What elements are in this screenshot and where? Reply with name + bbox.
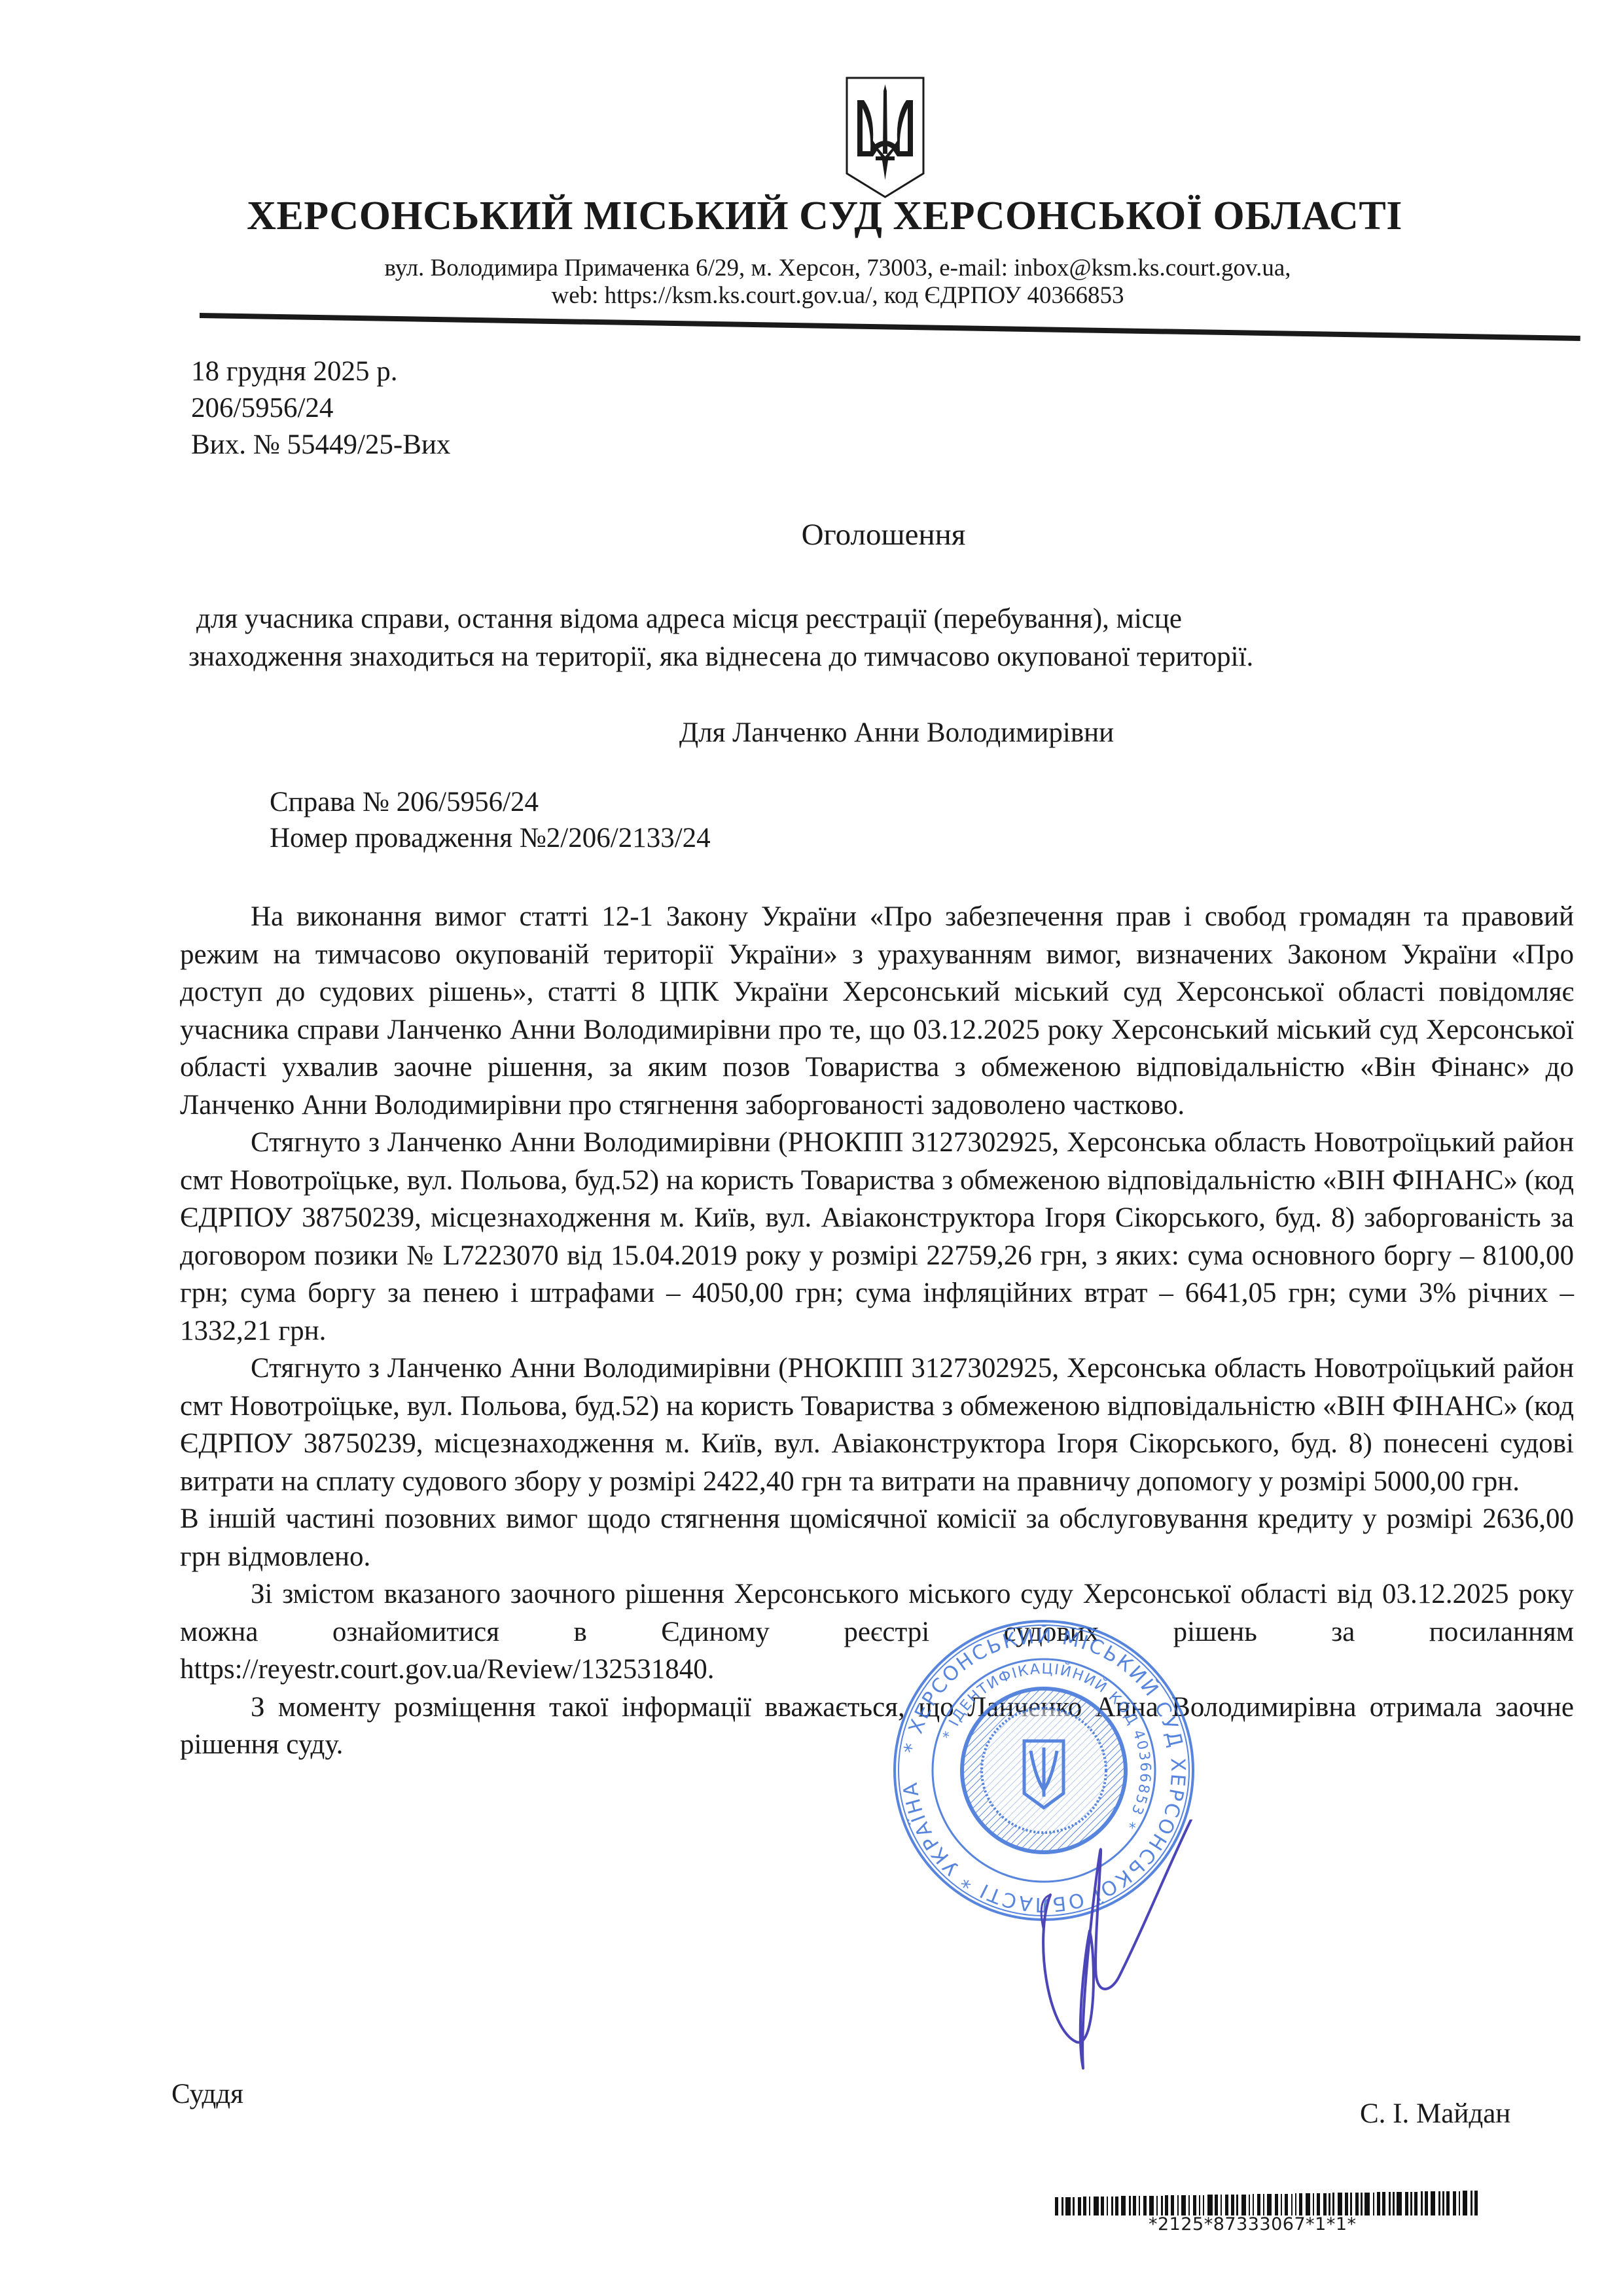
barcode-bar [1291,2194,1293,2216]
court-announcement-page: ХЕРСОНСЬКИЙ МІСЬКИЙ СУД ХЕРСОНСЬКОЇ ОБЛА… [0,0,1623,2296]
body-paragraph: В іншій частині позовних вимог щодо стяг… [180,1500,1574,1575]
recipient: Для Ланченко Анни Володимирівни [85,717,1623,749]
barcode-bar [1397,2192,1402,2215]
intro-line-1: для учасника справи, остання відома адре… [188,600,1452,638]
barcode-bar [1414,2192,1418,2215]
body-paragraph: Стягнуто з Ланченко Анни Володимирівни (… [180,1124,1574,1350]
barcode-bar [1121,2196,1126,2215]
barcode-bar [1129,2196,1131,2215]
case-reference: 206/5956/24 [191,390,450,427]
barcode-bar [1373,2193,1375,2215]
barcode-bar [1361,2193,1363,2215]
barcode-bar [1317,2193,1320,2215]
judge-title: Суддя [171,2078,243,2110]
barcode-bar [1281,2194,1283,2215]
barcode-bar [1231,2195,1234,2215]
barcode-bar [1171,2195,1174,2215]
barcode-bar [1405,2192,1408,2215]
judge-signature [936,1820,1276,2160]
barcode-bar [1156,2196,1158,2215]
barcode-bar [1425,2191,1428,2215]
barcode-bar [1236,2195,1238,2215]
barcode-bar [1299,2193,1302,2215]
body-paragraph: На виконання вимог статті 12-1 Закону Ук… [180,898,1574,1124]
barcode-bar [1181,2195,1186,2215]
barcode-bar [1133,2196,1136,2215]
body-paragraph: Стягнуто з Ланченко Анни Володимирівни (… [180,1350,1574,1500]
barcode-bar [1463,2191,1468,2215]
barcode-bar [1083,2197,1086,2215]
document-date: 18 грудня 2025 р. [191,353,450,390]
barcode-bar [1410,2192,1412,2215]
court-address: вул. Володимира Примаченка 6/29, м. Херс… [26,254,1623,282]
barcode-bar [1165,2195,1168,2215]
barcode-bar [1474,2191,1478,2215]
barcode-bar [1257,2194,1260,2215]
barcode-bar [1393,2192,1395,2215]
barcode-bar [1055,2197,1058,2215]
barcode-bar [1225,2195,1228,2215]
barcode-bar [1295,2193,1297,2215]
barcode-bar [1446,2191,1450,2215]
barcode-bar [1199,2195,1201,2215]
body-paragraph-link: Зі змістом вказаного заочного рішення Хе… [180,1575,1574,1689]
barcode-bar [1275,2194,1278,2215]
judge-name: С. І. Майдан [1360,2098,1510,2130]
barcode-bar [1139,2196,1141,2215]
barcode-bar [1323,2193,1327,2215]
barcode-bar [1073,2197,1075,2215]
barcode-bar [1215,2195,1218,2215]
barcode-bar [1382,2192,1385,2215]
barcode-bar [1101,2197,1104,2215]
barcode-bar [1306,2193,1311,2215]
barcode-bar [1421,2191,1423,2215]
barcode-bar [1078,2197,1081,2216]
barcode-bar [1188,2195,1190,2215]
barcode-bar [1203,2195,1205,2215]
barcode-bar [1089,2197,1091,2215]
barcode-bar [1241,2195,1247,2215]
barcode-bar [1143,2196,1147,2215]
barcode-bar [1431,2191,1436,2215]
case-number: Справа № 206/5956/24 [270,784,711,820]
barcode-text: *2125*87333067*1*1* [1149,2214,1357,2234]
barcode-bar [1094,2197,1099,2215]
outgoing-number: Вих. № 55449/25-Вих [191,427,450,463]
barcode-bar [1065,2197,1071,2215]
barcode-bar [1207,2195,1213,2215]
barcode-bar [1161,2196,1163,2215]
intro-text: для учасника справи, остання відома адре… [188,600,1452,676]
barcode-bar [1389,2192,1391,2215]
barcode-bar [1345,2193,1348,2215]
document-meta: 18 грудня 2025 р. 206/5956/24 Вих. № 554… [191,353,450,463]
intro-line-2: знаходження знаходиться на території, як… [188,638,1452,676]
barcode-bar [1313,2193,1315,2215]
barcode-bar [1350,2193,1352,2215]
barcode-bar [1332,2193,1334,2215]
barcode-bar [1111,2197,1113,2215]
barcode-bar [1253,2194,1255,2215]
document-title: Оголошення [72,517,1623,552]
court-name: ХЕРСОНСЬКИЙ МІСЬКИЙ СУД ХЕРСОНСЬКОЇ ОБЛА… [13,193,1623,240]
barcode-bar [1364,2193,1370,2215]
case-info: Справа № 206/5956/24 Номер провадження №… [270,784,711,856]
barcode-bar [1107,2197,1109,2215]
announcement-body: На виконання вимог статті 12-1 Закону Ук… [180,898,1574,1764]
barcode-bar [1221,2195,1222,2215]
barcode-bar [1285,2194,1288,2215]
proceeding-number: Номер провадження №2/206/2133/24 [270,820,711,856]
barcode-bar [1149,2196,1154,2215]
court-web-and-code: web: https://ksm.ks.court.gov.ua/, код Є… [26,281,1623,310]
barcode-bar [1061,2197,1063,2215]
barcode-bar [1471,2191,1472,2215]
barcode-bar [1453,2191,1456,2215]
barcode-bar [1459,2191,1461,2215]
barcode-bar [1267,2194,1272,2215]
barcode-bar [1177,2195,1179,2215]
header-divider [200,313,1580,341]
barcode-bar [1438,2191,1440,2215]
barcode-bar [1338,2193,1343,2215]
barcode-bar [1329,2193,1330,2215]
tryzub-coat-of-arms-icon [844,75,926,200]
barcode-bar [1115,2197,1118,2215]
barcode-bar [1249,2195,1251,2215]
barcode-bar [1377,2192,1380,2215]
barcode-bar [1355,2193,1359,2215]
barcode-bar [1442,2191,1444,2215]
body-paragraph: З моменту розміщення такої інформації вв… [180,1689,1574,1764]
barcode-bar [1193,2195,1196,2215]
document-barcode [1055,2189,1565,2215]
barcode-bar [1263,2194,1265,2215]
